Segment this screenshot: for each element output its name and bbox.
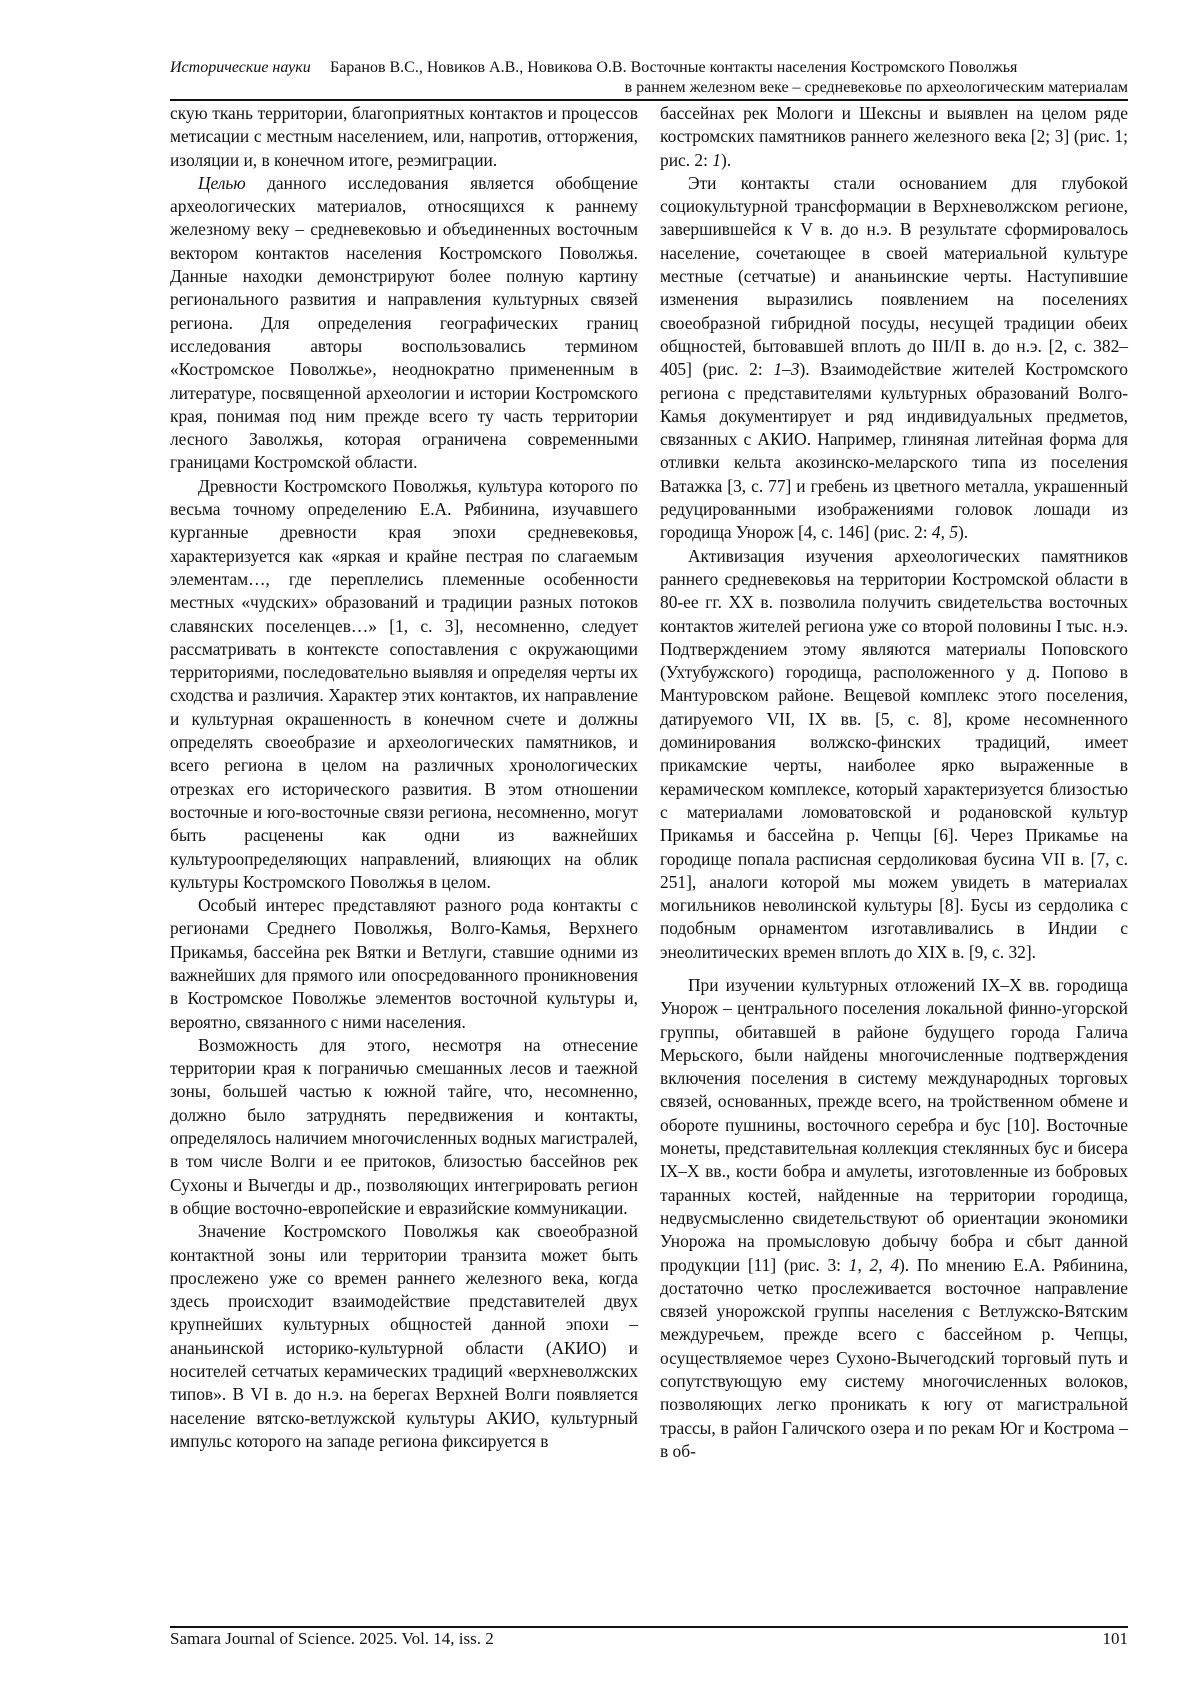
body-columns: скую ткань территории, благоприятных кон… [170, 102, 1128, 1463]
journal-citation: Samara Journal of Science. 2025. Vol. 14… [170, 1629, 494, 1649]
article-page: Исторические науки Баранов В.С., Новиков… [170, 58, 1128, 1463]
paragraph: бассейнах рек Мологи и Шексны и выявлен … [660, 102, 1128, 172]
right-column: бассейнах рек Мологи и Шексны и выявлен … [660, 102, 1128, 1463]
paragraph: Значение Костромского Поволжья как своео… [170, 1220, 638, 1453]
paragraph: Целью данного исследования является обоб… [170, 172, 638, 475]
left-column: скую ткань территории, благоприятных кон… [170, 102, 638, 1463]
footer-rule [170, 1626, 1128, 1628]
running-title-line-1: Баранов В.С., Новиков А.В., Новикова О.В… [330, 58, 1128, 78]
paragraph: При изучении культурных отложений IX–X в… [660, 974, 1128, 1463]
paragraph: скую ткань территории, благоприятных кон… [170, 102, 638, 172]
page-number: 101 [1103, 1629, 1129, 1649]
paragraph: Возможность для этого, несмотря на отнес… [170, 1034, 638, 1220]
paragraph: Эти контакты стали основанием для глубок… [660, 172, 1128, 545]
emphasis: Целью [198, 173, 246, 193]
paragraph: Особый интерес представляют разного рода… [170, 894, 638, 1034]
paragraph: Древности Костромского Поволжья, культур… [170, 475, 638, 894]
running-header: Исторические науки Баранов В.С., Новиков… [170, 58, 1128, 98]
running-title: Баранов В.С., Новиков А.В., Новикова О.В… [330, 58, 1128, 98]
paragraph: Активизация изучения археологических пам… [660, 545, 1128, 964]
running-title-line-2: в раннем железном веке – средневековье п… [330, 78, 1128, 98]
page-footer: Samara Journal of Science. 2025. Vol. 14… [170, 1629, 1128, 1649]
section-name: Исторические науки [170, 58, 330, 98]
header-rule [170, 99, 1128, 101]
